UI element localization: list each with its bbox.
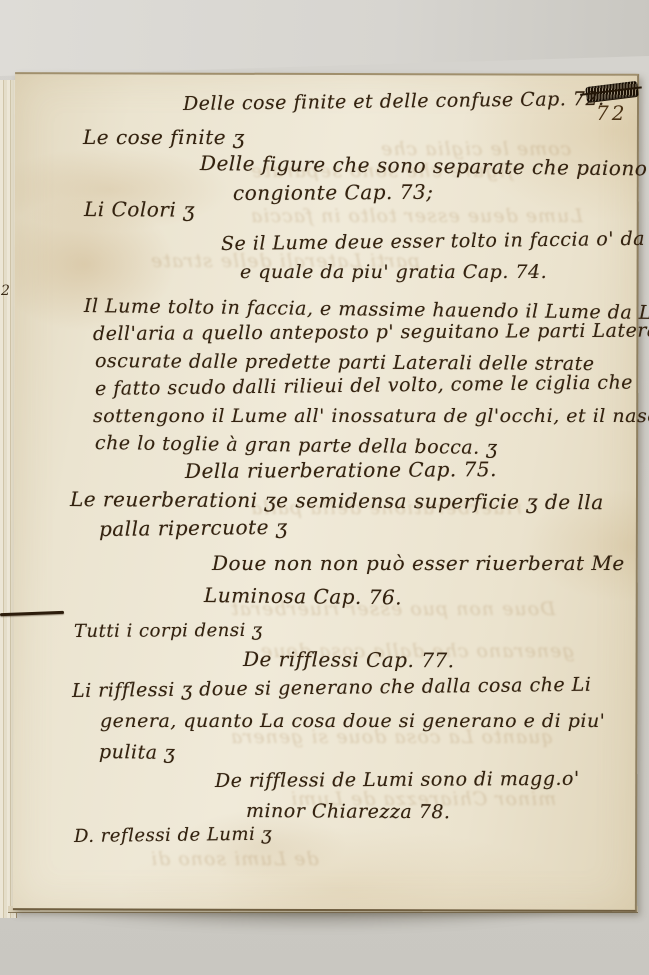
background-sheet (0, 0, 649, 80)
margin-mark: 2 (1, 283, 10, 299)
manuscript-leaf (13, 72, 639, 912)
folio-number: 72 (596, 101, 627, 125)
manuscript-photo: figure che sono separateLume deue esser … (0, 0, 649, 975)
